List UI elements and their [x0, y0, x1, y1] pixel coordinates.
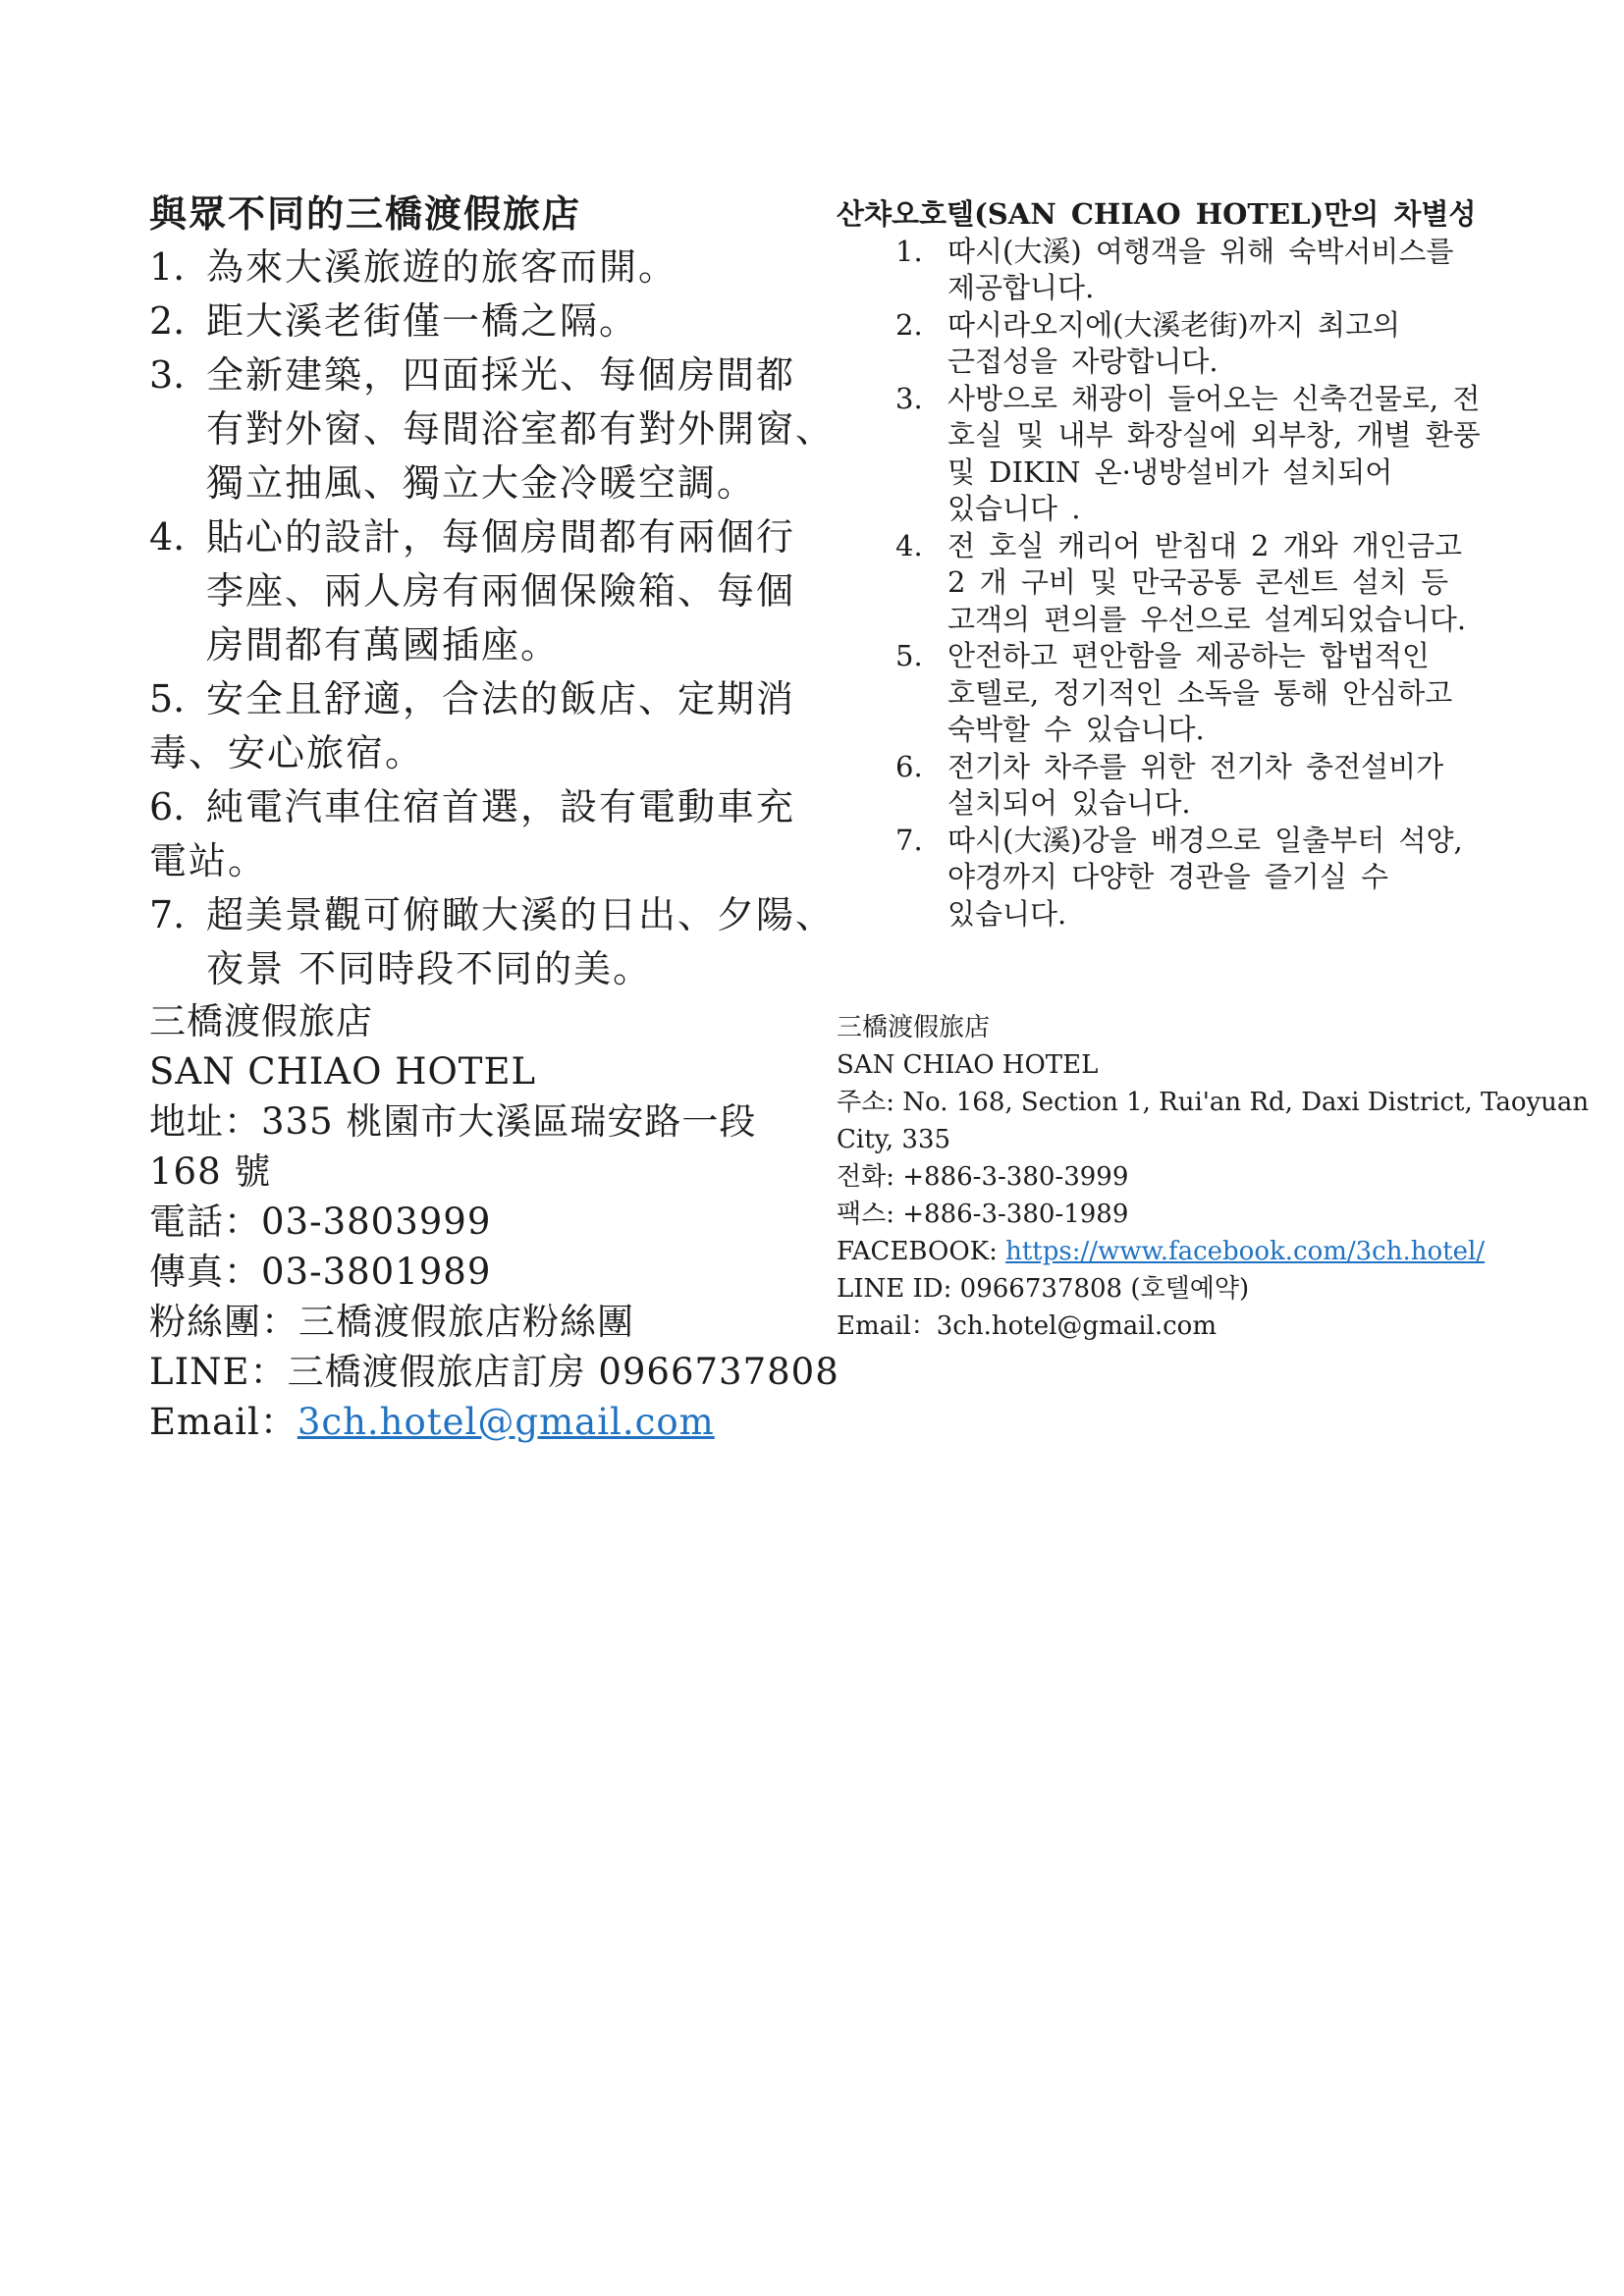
zh-hotel-name-en: SAN CHIAO HOTEL — [149, 1046, 837, 1096]
ko-list-text: 호실 및 내부 화장실에 외부창, 개별 환풍 — [947, 418, 1481, 452]
ko-address-line1: 주소: No. 168, Section 1, Rui'an Rd, Daxi … — [837, 1084, 1563, 1121]
ko-list-text: 호텔로, 정기적인 소독을 통해 안심하고 — [947, 676, 1452, 710]
zh-list-line: 6.純電汽車住宿首選，設有電動車充 — [149, 780, 837, 834]
zh-list-number: 7. — [149, 888, 206, 942]
zh-email-label: Email： — [149, 1401, 298, 1443]
ko-list-text: 전 호실 캐리어 받침대 2 개와 개인금고 — [947, 529, 1462, 562]
zh-list-line: 5.安全且舒適，合法的飯店、定期消 — [149, 672, 837, 726]
ko-list-line: 5.안전하고 편안함을 제공하는 합법적인 — [837, 638, 1563, 675]
zh-list-number: 2. — [149, 294, 206, 348]
ko-list-line: 야경까지 다양한 경관을 즐기실 수 — [837, 859, 1563, 896]
document-page: 與眾不同的三橋渡假旅店 1.為來大溪旅遊的旅客而開。 2.距大溪老街僅一橋之隔。… — [0, 0, 1624, 2296]
ko-list-number: 4. — [895, 528, 947, 565]
zh-list-line: 1.為來大溪旅遊的旅客而開。 — [149, 240, 837, 294]
zh-address-line1: 地址：335 桃園市大溪區瑞安路一段 — [149, 1096, 837, 1147]
ko-list-line: 고객의 편의를 우선으로 설계되었습니다. — [837, 602, 1563, 639]
ko-list-line: 6.전기차 차주를 위한 전기차 충전설비가 — [837, 749, 1563, 786]
ko-email: Email：3ch.hotel@gmail.com — [837, 1308, 1563, 1345]
ko-list-line: 있습니다. — [837, 896, 1563, 934]
zh-list-number: 3. — [149, 348, 206, 402]
ko-list-line: 1.따시(大溪) 여행객을 위해 숙박서비스를 — [837, 234, 1563, 271]
zh-list-line: 3.全新建築，四面採光、每個房間都 — [149, 348, 837, 402]
ko-list-text: 근접성을 자랑합니다. — [947, 345, 1218, 378]
zh-line-booking: LINE：三橋渡假旅店訂房 0966737808 — [149, 1347, 837, 1397]
ko-list-line: 2 개 구비 및 만국공통 콘센트 설치 등 — [837, 564, 1563, 602]
ko-phone: 전화: +886-3-380-3999 — [837, 1158, 1563, 1196]
right-column-ko: 산챠오호텔(SAN CHIAO HOTEL)만의 차별성 1.따시(大溪) 여행… — [837, 196, 1563, 933]
zh-address-line2: 168 號 — [149, 1147, 837, 1197]
ko-section-title: 산챠오호텔(SAN CHIAO HOTEL)만의 차별성 — [837, 196, 1563, 234]
zh-list-line: 7.超美景觀可俯瞰大溪的日出、夕陽、 — [149, 888, 837, 942]
ko-list-number: 7. — [895, 823, 947, 860]
ko-list-number: 3. — [895, 381, 947, 418]
ko-list-text: 사방으로 채광이 들어오는 신축건물로, 전 — [947, 382, 1480, 415]
zh-list-text: 距大溪老街僅一橋之隔。 — [206, 299, 638, 343]
zh-list-line: 獨立抽風、獨立大金冷暖空調。 — [149, 456, 837, 510]
ko-list-text: 있습니다 . — [947, 492, 1081, 525]
ko-list-text: 야경까지 다양한 경관을 즐기실 수 — [947, 860, 1388, 893]
ko-list-line: 숙박할 수 있습니다. — [837, 712, 1563, 749]
zh-list-text: 夜景 不同時段不同的美。 — [206, 947, 652, 990]
ko-hotel-name: 三橋渡假旅店 — [837, 1009, 1563, 1046]
zh-list-number: 6. — [149, 780, 206, 834]
zh-phone: 電話：03-3803999 — [149, 1197, 837, 1247]
ko-list-text: 및 DIKIN 온·냉방설비가 설치되어 — [947, 455, 1392, 489]
left-column-zh: 與眾不同的三橋渡假旅店 1.為來大溪旅遊的旅客而開。 2.距大溪老街僅一橋之隔。… — [149, 187, 837, 1447]
zh-list-text: 房間都有萬國插座。 — [206, 623, 560, 667]
ko-list-text: 숙박할 수 있습니다. — [947, 713, 1205, 746]
zh-list-number: 1. — [149, 240, 206, 294]
ko-list-number: 2. — [895, 307, 947, 345]
ko-facebook-link[interactable]: https://www.facebook.com/3ch.hotel/ — [1005, 1237, 1485, 1266]
ko-list-text: 안전하고 편안함을 제공하는 합법적인 — [947, 639, 1430, 672]
ko-list-line: 있습니다 . — [837, 491, 1563, 528]
zh-list-line: 電站。 — [149, 834, 837, 888]
ko-list-line: 및 DIKIN 온·냉방설비가 설치되어 — [837, 454, 1563, 492]
zh-fanpage: 粉絲團：三橋渡假旅店粉絲團 — [149, 1297, 837, 1347]
zh-list-line: 李座、兩人房有兩個保險箱、每個 — [149, 564, 837, 618]
zh-fax: 傳真：03-3801989 — [149, 1247, 837, 1297]
zh-list-text: 安全且舒適，合法的飯店、定期消 — [206, 677, 795, 721]
zh-list-text: 超美景觀可俯瞰大溪的日出、夕陽、 — [206, 893, 835, 936]
zh-section-title: 與眾不同的三橋渡假旅店 — [149, 187, 837, 240]
zh-list-text: 毒、安心旅宿。 — [149, 731, 424, 774]
ko-list-text: 따시(大溪)강을 배경으로 일출부터 석양, — [947, 824, 1463, 857]
ko-list-number: 5. — [895, 638, 947, 675]
zh-email-line: Email：3ch.hotel@gmail.com — [149, 1397, 837, 1447]
ko-list-number: 6. — [895, 749, 947, 786]
ko-fax: 팩스: +886-3-380-1989 — [837, 1196, 1563, 1233]
zh-list-line: 4.貼心的設計，每個房間都有兩個行 — [149, 510, 837, 564]
zh-email-link[interactable]: 3ch.hotel@gmail.com — [298, 1401, 715, 1443]
ko-list-text: 따시라오지에(大溪老街)까지 최고의 — [947, 308, 1400, 342]
ko-list-text: 있습니다. — [947, 897, 1066, 931]
zh-list-text: 為來大溪旅遊的旅客而開。 — [206, 245, 677, 289]
zh-list-number: 5. — [149, 672, 206, 726]
zh-list-text: 有對外窗、每間浴室都有對外開窗、 — [206, 407, 835, 451]
ko-facebook-line: FACEBOOK: https://www.facebook.com/3ch.h… — [837, 1233, 1563, 1270]
ko-list-line: 4.전 호실 캐리어 받침대 2 개와 개인금고 — [837, 528, 1563, 565]
ko-contact-block: 三橋渡假旅店 SAN CHIAO HOTEL 주소: No. 168, Sect… — [837, 1009, 1563, 1345]
ko-list-line: 3.사방으로 채광이 들어오는 신축건물로, 전 — [837, 381, 1563, 418]
zh-list-text: 貼心的設計，每個房間都有兩個行 — [206, 515, 795, 559]
ko-address-line2: City, 335 — [837, 1121, 1563, 1158]
ko-list-text: 설치되어 있습니다. — [947, 786, 1191, 820]
ko-list-line: 제공합니다. — [837, 270, 1563, 307]
zh-list-text: 李座、兩人房有兩個保險箱、每個 — [206, 569, 795, 613]
ko-line-id: LINE ID: 0966737808 (호텔예약) — [837, 1270, 1563, 1308]
ko-hotel-name-en: SAN CHIAO HOTEL — [837, 1046, 1563, 1084]
ko-list-line: 근접성을 자랑합니다. — [837, 344, 1563, 381]
ko-list-text: 따시(大溪) 여행객을 위해 숙박서비스를 — [947, 235, 1453, 268]
zh-list-text: 電站。 — [149, 839, 267, 882]
ko-list-line: 호텔로, 정기적인 소독을 통해 안심하고 — [837, 675, 1563, 713]
zh-list-text: 獨立抽風、獨立大金冷暖空調。 — [206, 461, 756, 505]
ko-list-line: 호실 및 내부 화장실에 외부창, 개별 환풍 — [837, 417, 1563, 454]
zh-list-line: 2.距大溪老街僅一橋之隔。 — [149, 294, 837, 348]
ko-list-number: 1. — [895, 234, 947, 271]
zh-hotel-name: 三橋渡假旅店 — [149, 996, 837, 1046]
ko-list-line: 2.따시라오지에(大溪老街)까지 최고의 — [837, 307, 1563, 345]
zh-list-text: 全新建築，四面採光、每個房間都 — [206, 353, 795, 397]
zh-list-number: 4. — [149, 510, 206, 564]
ko-facebook-label: FACEBOOK: — [837, 1237, 1005, 1266]
ko-list-text: 제공합니다. — [947, 271, 1094, 304]
ko-list-text: 2 개 구비 및 만국공통 콘센트 설치 등 — [947, 565, 1448, 599]
ko-list-line: 7.따시(大溪)강을 배경으로 일출부터 석양, — [837, 823, 1563, 860]
ko-list-text: 고객의 편의를 우선으로 설계되었습니다. — [947, 603, 1466, 636]
zh-list-line: 房間都有萬國插座。 — [149, 618, 837, 672]
zh-list-text: 純電汽車住宿首選，設有電動車充 — [206, 785, 795, 828]
zh-list-line: 夜景 不同時段不同的美。 — [149, 942, 837, 996]
zh-list-line: 有對外窗、每間浴室都有對外開窗、 — [149, 402, 837, 456]
zh-list-line: 毒、安心旅宿。 — [149, 726, 837, 780]
ko-list-line: 설치되어 있습니다. — [837, 785, 1563, 823]
ko-list-text: 전기차 차주를 위한 전기차 충전설비가 — [947, 750, 1443, 783]
